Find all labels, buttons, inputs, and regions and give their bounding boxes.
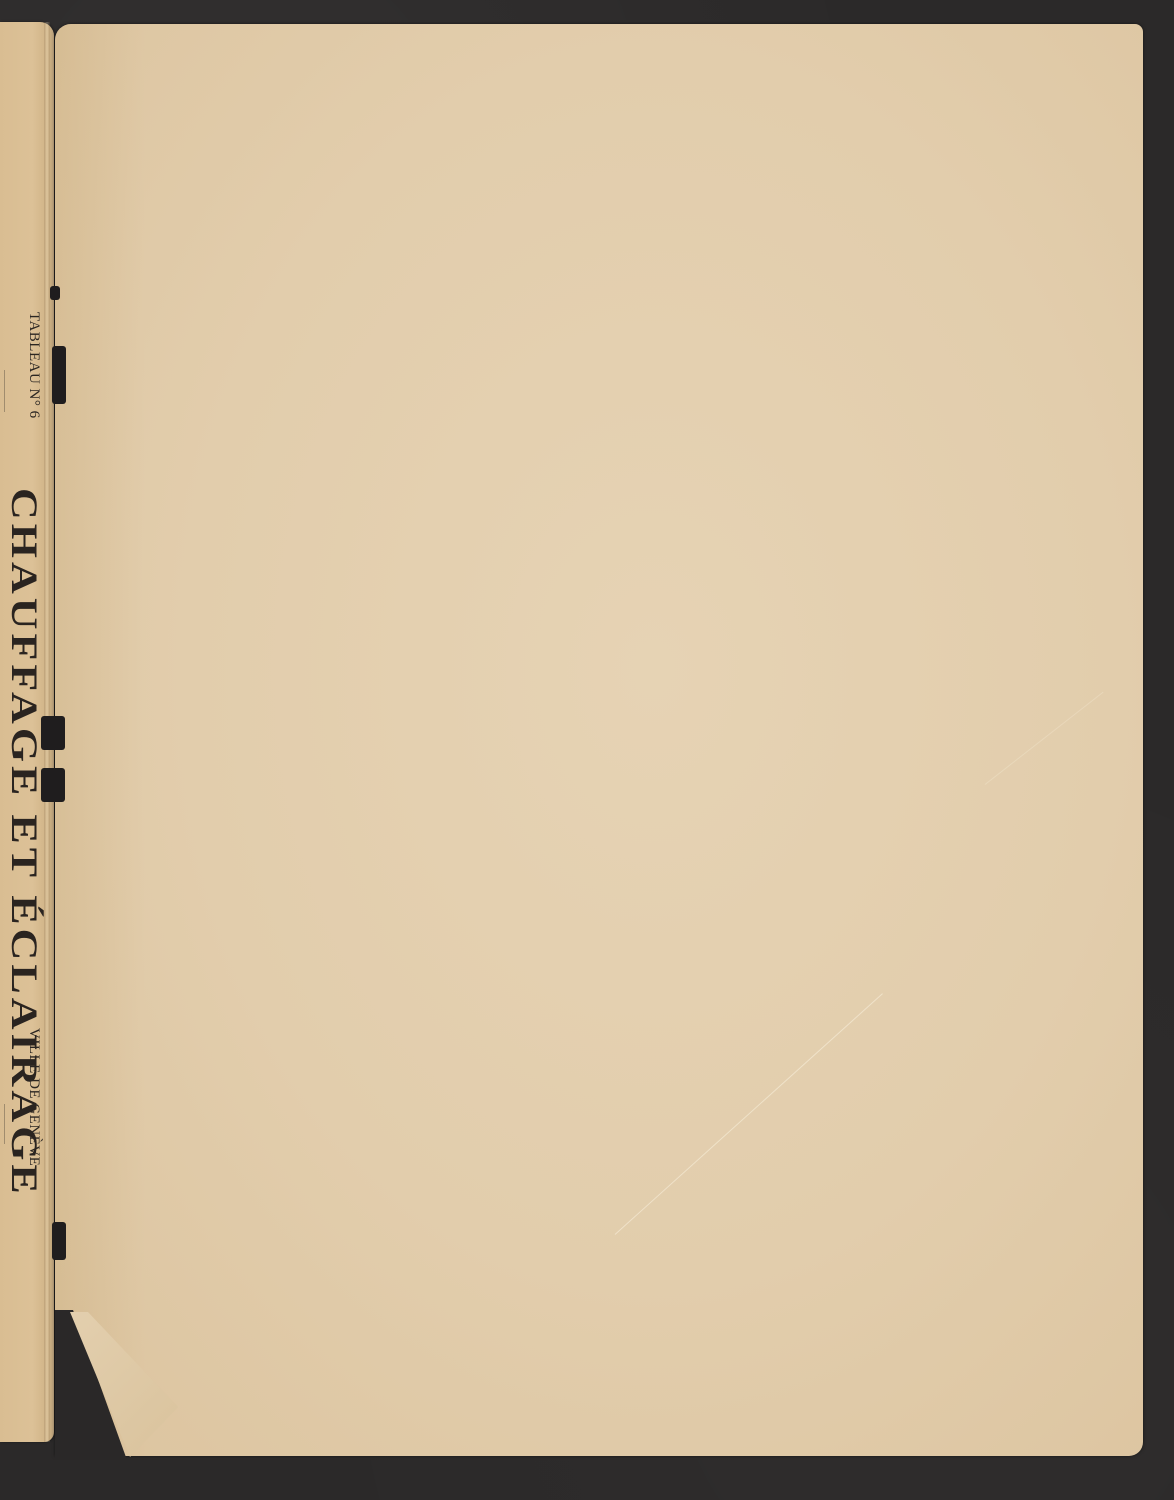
paper-crease (615, 993, 883, 1235)
paper-crease (985, 692, 1104, 785)
binding-hole (52, 1222, 66, 1260)
binding-hole (41, 716, 65, 750)
binding-hole (52, 346, 66, 404)
spine-rule-top (4, 370, 5, 412)
binding-hole (41, 768, 65, 802)
main-page (55, 24, 1143, 1456)
spine-city-label: VILLE DE GENÈVE (25, 1028, 42, 1166)
spine-tableau-label: TABLEAU N° 6 (25, 312, 42, 419)
binding-tear (50, 286, 60, 300)
